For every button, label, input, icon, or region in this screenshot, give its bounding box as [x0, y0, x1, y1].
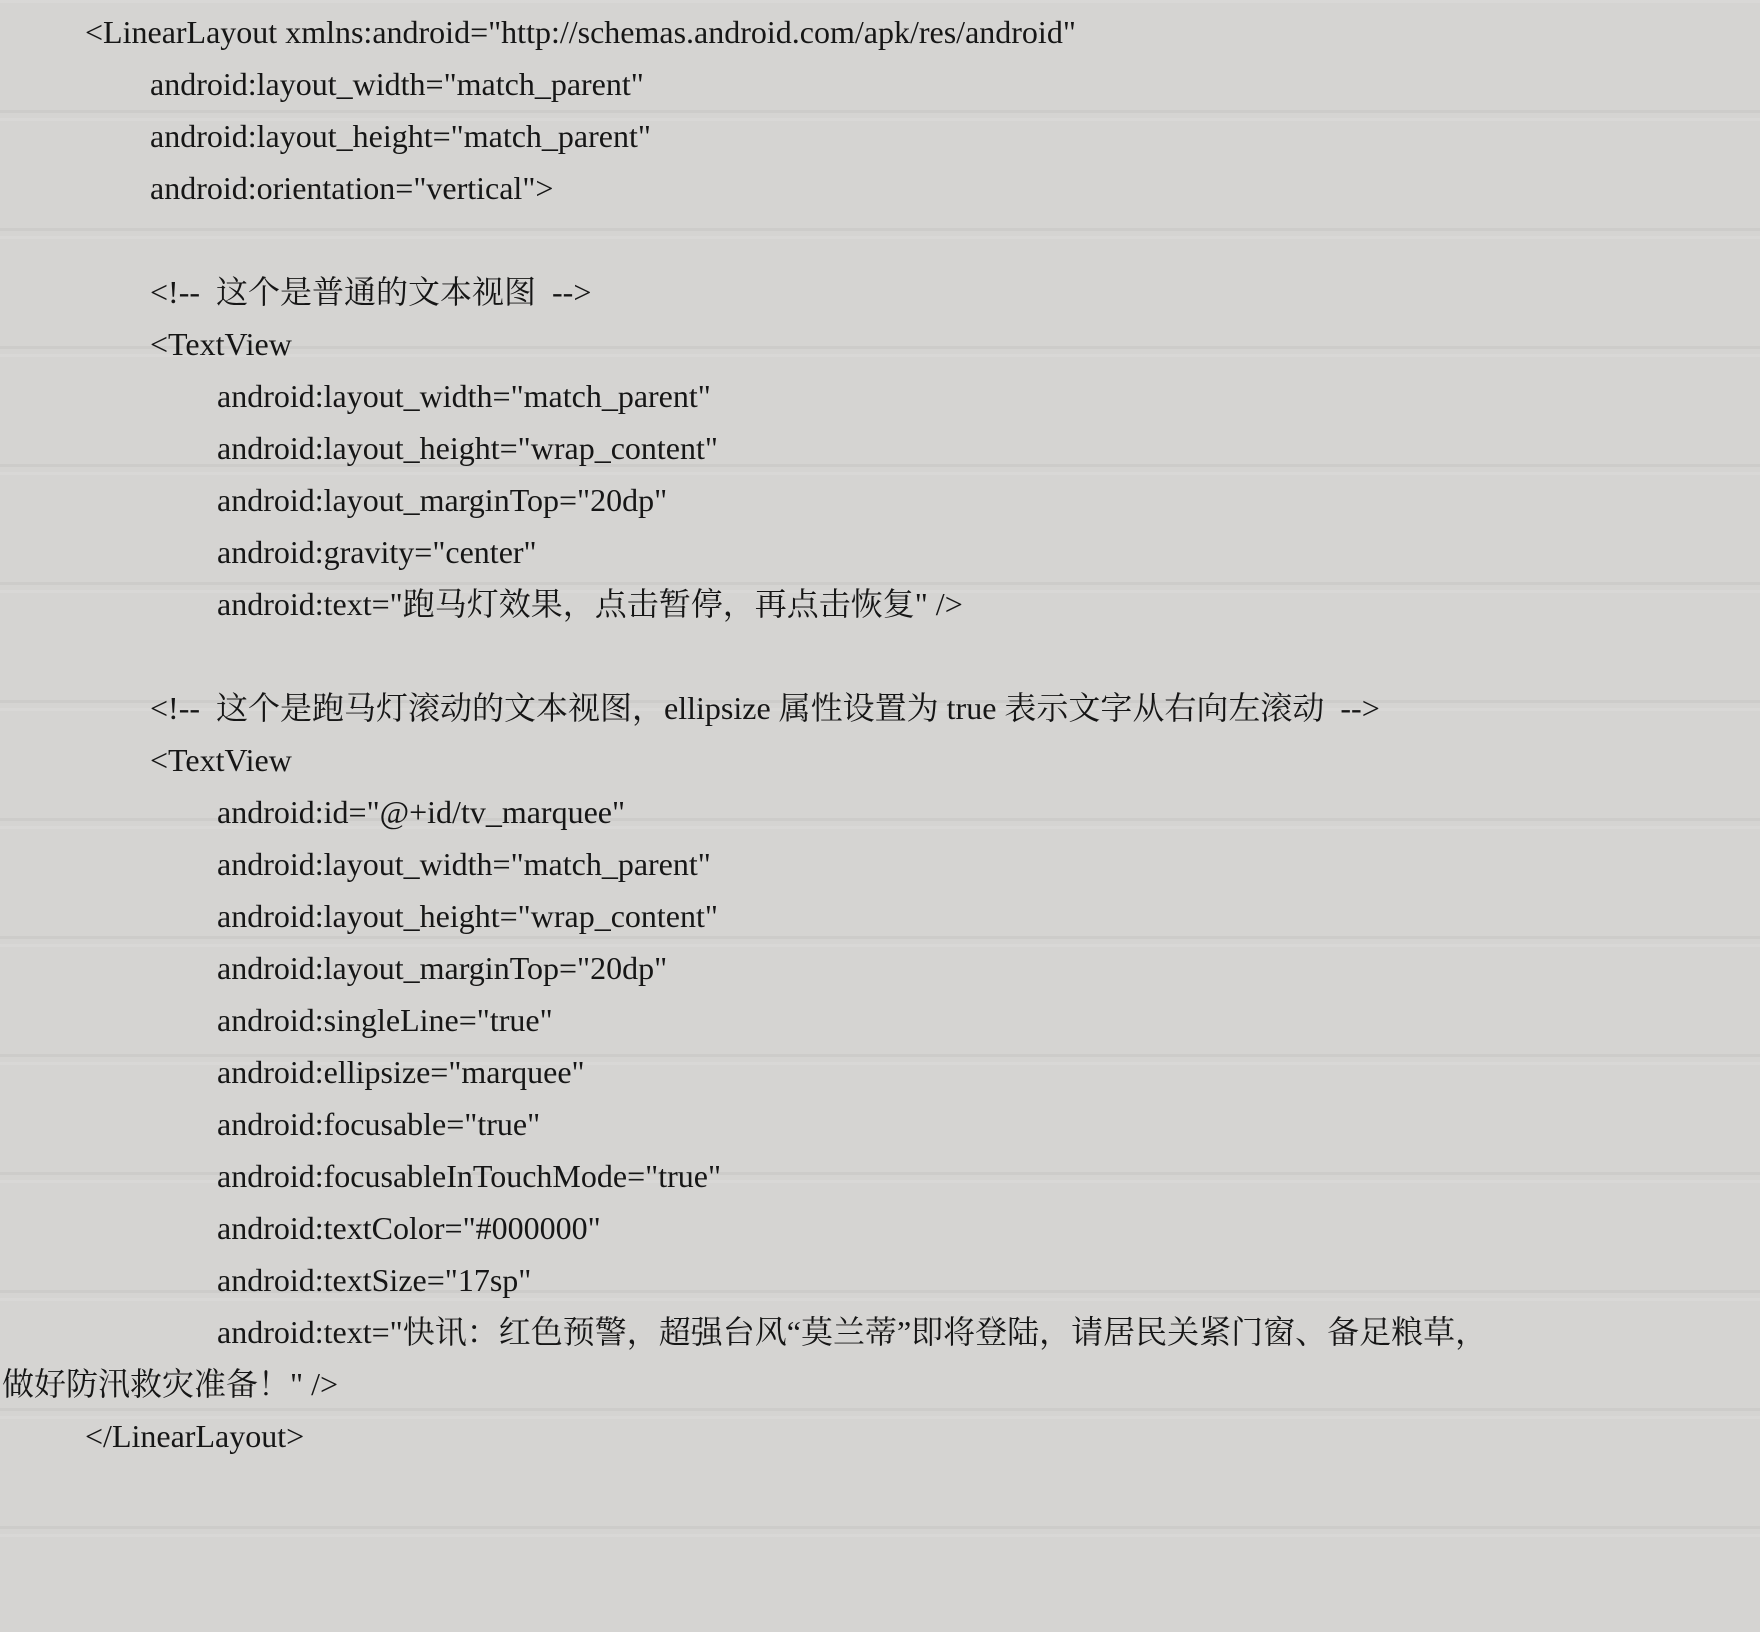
code-line: <LinearLayout xmlns:android="http://sche… [0, 6, 1760, 58]
code-line: android:layout_height="wrap_content" [0, 422, 1760, 474]
blank-line [0, 214, 1760, 266]
code-line: android:ellipsize="marquee" [0, 1046, 1760, 1098]
code-line: android:id="@+id/tv_marquee" [0, 786, 1760, 838]
code-line: android:layout_marginTop="20dp" [0, 474, 1760, 526]
code-line: <TextView [0, 318, 1760, 370]
code-line: android:singleLine="true" [0, 994, 1760, 1046]
code-line: android:textSize="17sp" [0, 1254, 1760, 1306]
code-line: android:layout_width="match_parent" [0, 58, 1760, 110]
code-line: android:text="快讯：红色预警，超强台风“莫兰蒂”即将登陆，请居民关… [0, 1306, 1760, 1358]
blank-line [0, 630, 1760, 682]
code-line: android:layout_marginTop="20dp" [0, 942, 1760, 994]
code-line: </LinearLayout> [0, 1410, 1760, 1462]
code-line: android:gravity="center" [0, 526, 1760, 578]
code-line: android:layout_width="match_parent" [0, 370, 1760, 422]
code-line: 做好防汛救灾准备！" /> [0, 1358, 1760, 1410]
code-line: android:orientation="vertical"> [0, 162, 1760, 214]
code-line: <!-- 这个是普通的文本视图 --> [0, 266, 1760, 318]
code-line: <TextView [0, 734, 1760, 786]
code-line: android:focusable="true" [0, 1098, 1760, 1150]
scanned-code-page: <LinearLayout xmlns:android="http://sche… [0, 0, 1760, 1632]
xml-code-block: <LinearLayout xmlns:android="http://sche… [0, 6, 1760, 1462]
code-line: android:focusableInTouchMode="true" [0, 1150, 1760, 1202]
code-line: android:textColor="#000000" [0, 1202, 1760, 1254]
code-line: android:layout_height="match_parent" [0, 110, 1760, 162]
code-line: <!-- 这个是跑马灯滚动的文本视图，ellipsize 属性设置为 true … [0, 682, 1760, 734]
code-line: android:layout_height="wrap_content" [0, 890, 1760, 942]
code-line: android:text="跑马灯效果，点击暂停，再点击恢复" /> [0, 578, 1760, 630]
code-line: android:layout_width="match_parent" [0, 838, 1760, 890]
